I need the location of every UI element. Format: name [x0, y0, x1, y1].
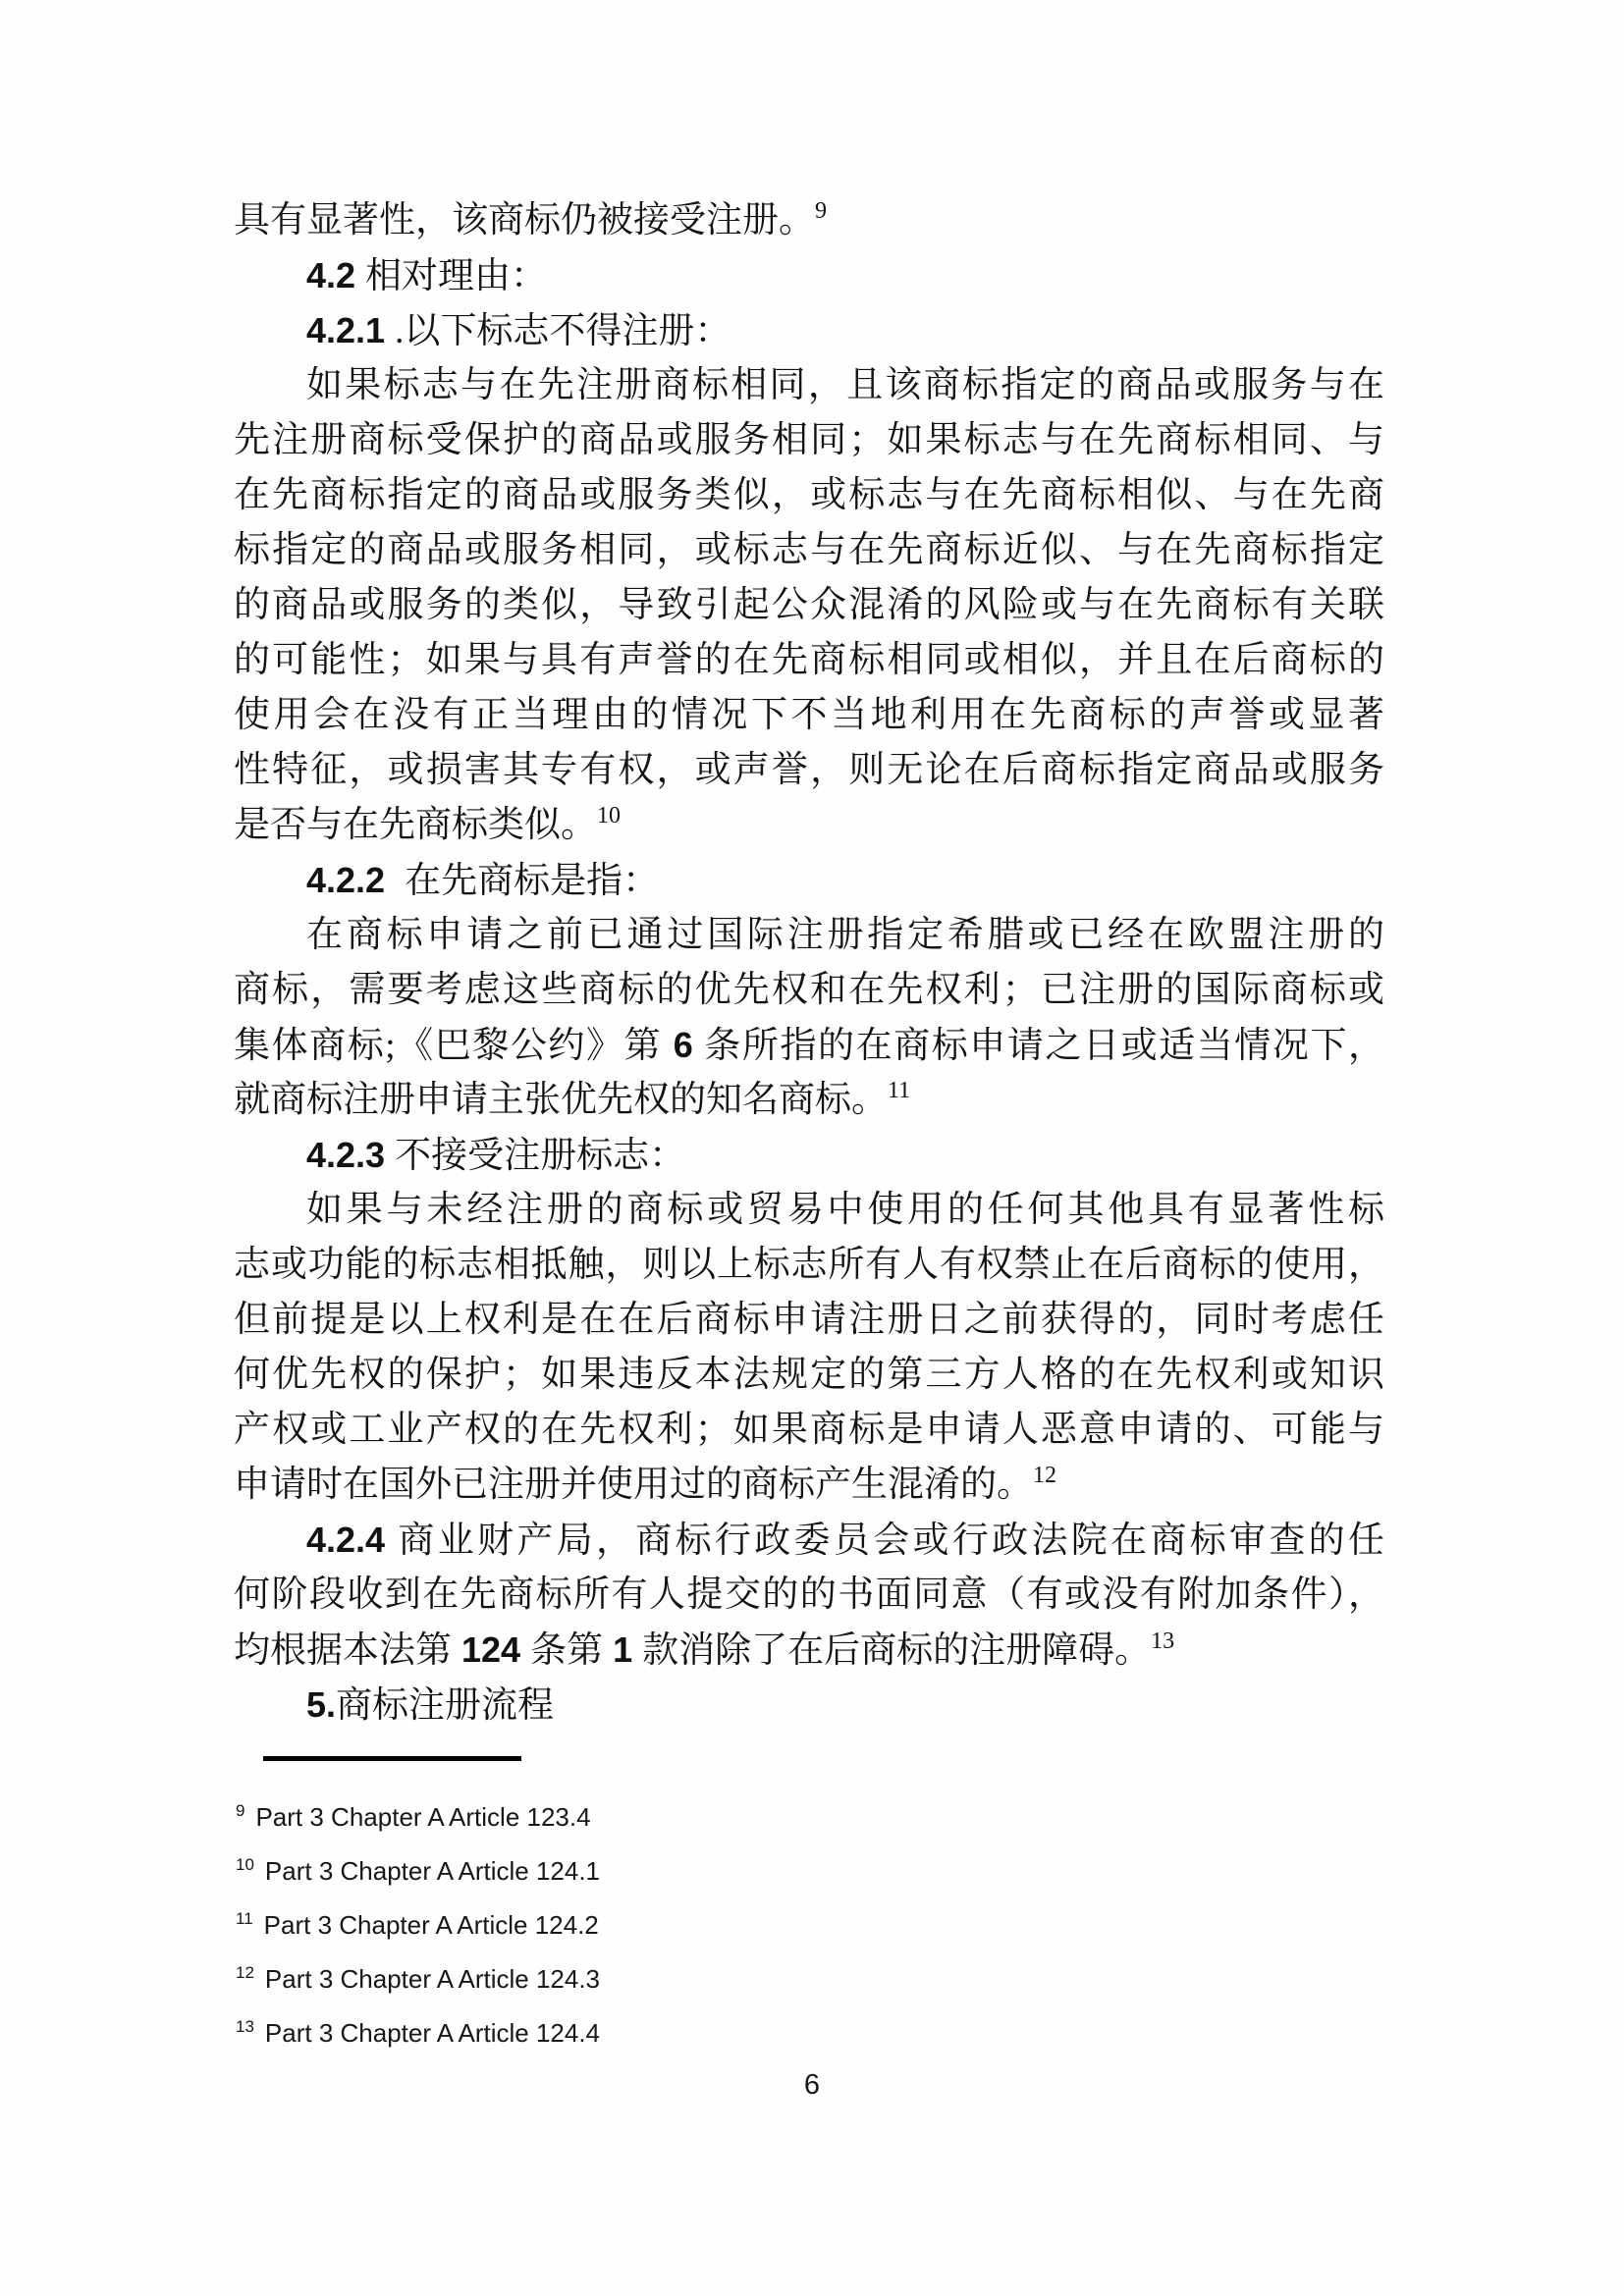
body-line-1: 具有显著性，该商标仍被接受注册。9: [234, 193, 1384, 248]
text-run: 在商标申请之前已通过国际注册指定希腊或已经在欧盟注册的: [306, 915, 1384, 955]
footnote-ref: 13: [1151, 1629, 1174, 1654]
numeral-run: 6: [662, 1025, 704, 1065]
text-run: 志或功能的标志相抵触，则以上标志所有人有权禁止在后商标的使用，: [234, 1245, 1384, 1285]
text-run: 如果标志与在先注册商标相同，且该商标指定的商品或服务与在: [306, 365, 1384, 405]
body-line-4: 如果标志与在先注册商标相同，且该商标指定的商品或服务与在: [234, 358, 1384, 413]
footnote-text: Part 3 Chapter A Article 124.4: [265, 2018, 600, 2048]
body-line-13: 4.2.2 在先商标是指：: [234, 853, 1384, 908]
body-line-5: 先注册商标受保护的商品或服务相同；如果标志与在先商标相同、与: [234, 413, 1384, 468]
text-run: 均根据本法第: [234, 1630, 452, 1671]
numeral-run: 4.2.2: [306, 860, 405, 900]
body-line-15: 商标，需要考虑这些商标的优先权和在先权利；已注册的国际商标或: [234, 963, 1384, 1018]
body-line-25: 4.2.4 商业财产局，商标行政委员会或行政法院在商标审查的任: [234, 1513, 1384, 1568]
footnote-9: 9Part 3 Chapter A Article 123.4: [236, 1790, 1384, 1844]
text-run: 何阶段收到在先商标所有人提交的的书面同意（有或没有附加条件），: [234, 1575, 1384, 1615]
text-run: 产权或工业产权的在先权利；如果商标是申请人恶意申请的、可能与: [234, 1410, 1384, 1450]
body-line-20: 志或功能的标志相抵触，则以上标志所有人有权禁止在后商标的使用，: [234, 1238, 1384, 1293]
footnote-ref: 11: [888, 1078, 910, 1103]
text-run: 商业财产局，商标行政委员会或行政法院在商标审查的任: [398, 1521, 1384, 1561]
body-line-3: 4.2.1 .以下标志不得注册：: [234, 303, 1384, 358]
footnote-11: 11Part 3 Chapter A Article 124.2: [236, 1898, 1384, 1952]
text-run: 条第: [530, 1630, 603, 1671]
text-run: 商标注册流程: [336, 1685, 554, 1726]
body-line-23: 产权或工业产权的在先权利；如果商标是申请人恶意申请的、可能与: [234, 1403, 1384, 1458]
text-run: 集体商标;《巴黎公约》第: [234, 1026, 662, 1066]
text-run: 就商标注册申请主张优先权的知名商标。: [234, 1080, 888, 1120]
text-run: 的商品或服务的类似，导致引起公众混淆的风险或与在先商标有关联: [234, 585, 1384, 625]
body-line-28: 5.商标注册流程: [234, 1678, 1384, 1733]
numeral-run: 4.2.1: [306, 310, 395, 350]
text-run: 何优先权的保护；如果违反本法规定的第三方人格的在先权利或知识: [234, 1355, 1384, 1395]
body-line-2: 4.2 相对理由：: [234, 248, 1384, 303]
body-line-19: 如果与未经注册的商标或贸易中使用的任何其他具有显著性标: [234, 1183, 1384, 1238]
text-run: 先注册商标受保护的商品或服务相同；如果标志与在先商标相同、与: [234, 420, 1384, 460]
footnote-number: 12: [236, 1963, 254, 1982]
body-line-6: 在先商标指定的商品或服务类似，或标志与在先商标相似、与在先商: [234, 468, 1384, 523]
text-run: .以下标志不得注册：: [395, 311, 731, 351]
text-run: 标指定的商品或服务相同，或标志与在先商标近似、与在先商标指定: [234, 530, 1384, 570]
text-run: 商标，需要考虑这些商标的优先权和在先权利；已注册的国际商标或: [234, 970, 1384, 1010]
footnote-12: 12Part 3 Chapter A Article 124.3: [236, 1952, 1384, 2006]
body-line-21: 但前提是以上权利是在在后商标申请注册日之前获得的，同时考虑任: [234, 1293, 1384, 1348]
footnote-ref: 12: [1033, 1463, 1056, 1488]
body-line-12: 是否与在先商标类似。10: [234, 798, 1384, 853]
text-run: 性特征，或损害其专有权，或声誉，则无论在后商标指定商品或服务: [234, 750, 1384, 790]
document-body: 具有显著性，该商标仍被接受注册。94.2 相对理由：4.2.1 .以下标志不得注…: [234, 193, 1384, 1733]
footnote-ref: 10: [597, 803, 621, 828]
numeral-run: 1: [603, 1629, 642, 1670]
footnote-ref: 9: [815, 198, 827, 224]
body-line-9: 的可能性；如果与具有声誉的在先商标相同或相似，并且在后商标的: [234, 633, 1384, 688]
footnote-10: 10Part 3 Chapter A Article 124.1: [236, 1844, 1384, 1898]
body-line-8: 的商品或服务的类似，导致引起公众混淆的风险或与在先商标有关联: [234, 578, 1384, 633]
footnotes: 9Part 3 Chapter A Article 123.410Part 3 …: [236, 1790, 1384, 2060]
body-line-7: 标指定的商品或服务相同，或标志与在先商标近似、与在先商标指定: [234, 523, 1384, 578]
footnote-number: 13: [236, 2017, 254, 2036]
page-number: 6: [0, 2065, 1624, 2105]
text-run: 具有显著性，该商标仍被接受注册。: [234, 200, 815, 240]
numeral-run: 5.: [306, 1684, 336, 1725]
body-line-18: 4.2.3 不接受注册标志：: [234, 1128, 1384, 1183]
footnote-13: 13Part 3 Chapter A Article 124.4: [236, 2006, 1384, 2060]
text-run: 是否与在先商标类似。: [234, 805, 597, 845]
text-run: 申请时在国外已注册并使用过的商标产生混淆的。: [234, 1465, 1033, 1505]
body-line-14: 在商标申请之前已通过国际注册指定希腊或已经在欧盟注册的: [234, 908, 1384, 963]
footnote-number: 11: [236, 1909, 253, 1928]
footnote-number: 9: [236, 1801, 244, 1820]
text-run: 使用会在没有正当理由的情况下不当地利用在先商标的声誉或显著: [234, 695, 1384, 735]
body-line-11: 性特征，或损害其专有权，或声誉，则无论在后商标指定商品或服务: [234, 743, 1384, 798]
text-run: 款消除了在后商标的注册障碍。: [642, 1630, 1151, 1671]
body-line-22: 何优先权的保护；如果违反本法规定的第三方人格的在先权利或知识: [234, 1348, 1384, 1403]
text-run: 不接受注册标志：: [395, 1136, 685, 1176]
numeral-run: 4.2: [306, 255, 365, 295]
footnote-text: Part 3 Chapter A Article 124.2: [264, 1910, 599, 1940]
body-line-16: 集体商标;《巴黎公约》第 6 条所指的在商标申请之日或适当情况下，: [234, 1018, 1384, 1073]
text-run: 在先商标指定的商品或服务类似，或标志与在先商标相似、与在先商: [234, 475, 1384, 515]
footnote-number: 10: [236, 1855, 254, 1874]
text-run: 相对理由：: [365, 256, 547, 296]
text-run: 的可能性；如果与具有声誉的在先商标相同或相似，并且在后商标的: [234, 640, 1384, 680]
body-line-10: 使用会在没有正当理由的情况下不当地利用在先商标的声誉或显著: [234, 688, 1384, 743]
text-run: 条所指的在商标申请之日或适当情况下，: [704, 1026, 1384, 1066]
text-run: 但前提是以上权利是在在后商标申请注册日之前获得的，同时考虑任: [234, 1300, 1384, 1340]
footnote-text: Part 3 Chapter A Article 123.4: [255, 1802, 590, 1832]
body-line-26: 何阶段收到在先商标所有人提交的的书面同意（有或没有附加条件），: [234, 1568, 1384, 1623]
body-line-27: 均根据本法第 124 条第 1 款消除了在后商标的注册障碍。13: [234, 1623, 1384, 1678]
document-page: 具有显著性，该商标仍被接受注册。94.2 相对理由：4.2.1 .以下标志不得注…: [0, 0, 1624, 2296]
footnote-separator: [263, 1756, 521, 1761]
body-line-17: 就商标注册申请主张优先权的知名商标。11: [234, 1073, 1384, 1128]
numeral-run: 124: [452, 1629, 530, 1670]
body-line-24: 申请时在国外已注册并使用过的商标产生混淆的。12: [234, 1458, 1384, 1513]
footnote-text: Part 3 Chapter A Article 124.1: [265, 1856, 600, 1886]
numeral-run: 4.2.4: [306, 1520, 398, 1560]
text-run: 在先商标是指：: [405, 861, 659, 901]
text-run: 如果与未经注册的商标或贸易中使用的任何其他具有显著性标: [306, 1190, 1384, 1230]
numeral-run: 4.2.3: [306, 1135, 395, 1175]
footnote-text: Part 3 Chapter A Article 124.3: [265, 1964, 600, 1994]
